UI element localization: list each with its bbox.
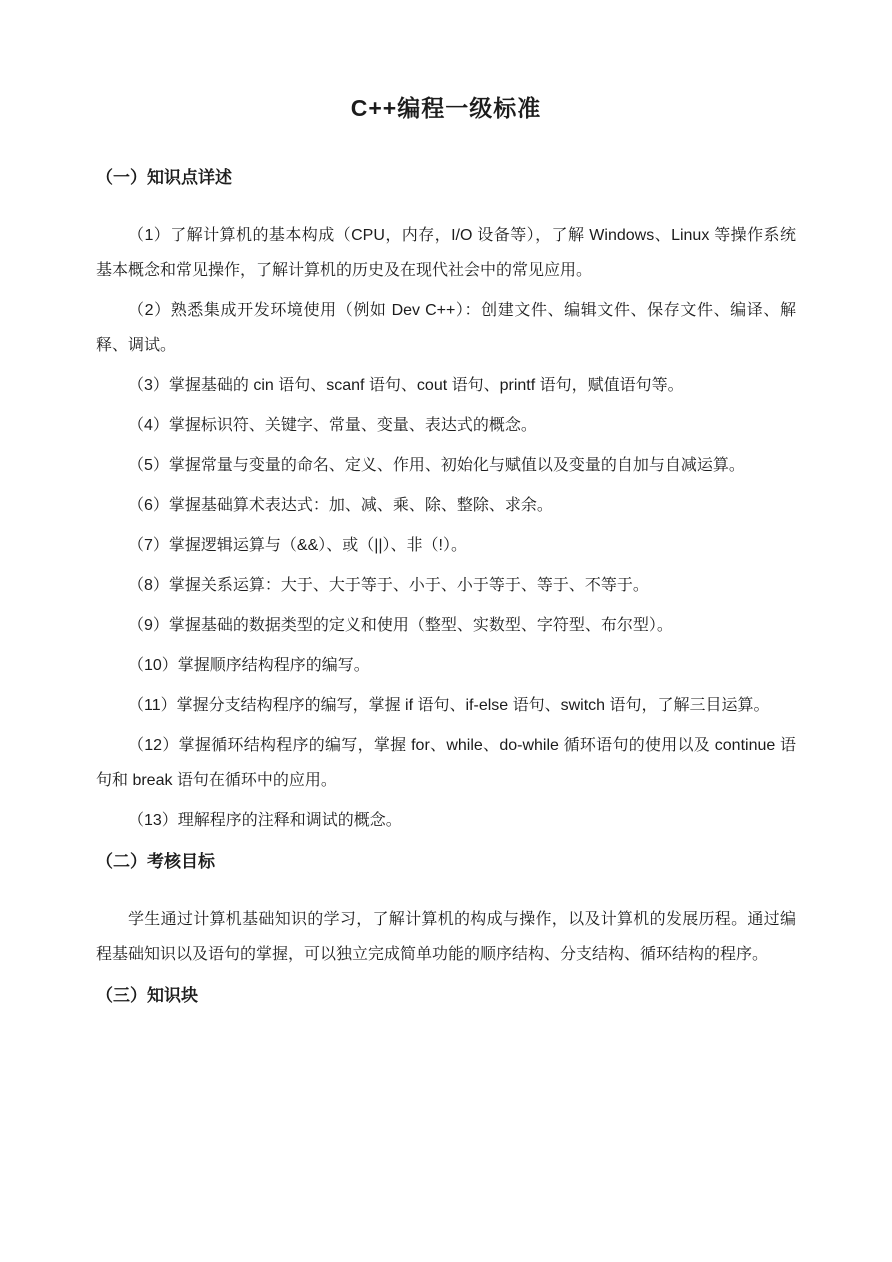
- paragraph: 学生通过计算机基础知识的学习，了解计算机的构成与操作，以及计算机的发展历程。通过…: [96, 902, 796, 972]
- paragraph: （11）掌握分支结构程序的编写，掌握 if 语句、if-else 语句、swit…: [96, 688, 796, 723]
- paragraph: （6）掌握基础算术表达式：加、减、乘、除、整除、求余。: [96, 488, 796, 523]
- paragraph: （1）了解计算机的基本构成（CPU，内存，I/O 设备等），了解 Windows…: [96, 218, 796, 288]
- paragraph: （7）掌握逻辑运算与（&&）、或（||）、非（!）。: [96, 528, 796, 563]
- document-sections: （一）知识点详述（1）了解计算机的基本构成（CPU，内存，I/O 设备等），了解…: [96, 166, 796, 1008]
- paragraph: （10）掌握顺序结构程序的编写。: [96, 648, 796, 683]
- paragraph: （4）掌握标识符、关键字、常量、变量、表达式的概念。: [96, 408, 796, 443]
- paragraph: （3）掌握基础的 cin 语句、scanf 语句、cout 语句、printf …: [96, 368, 796, 403]
- document-page: C++编程一级标准 （一）知识点详述（1）了解计算机的基本构成（CPU，内存，I…: [0, 0, 892, 1262]
- paragraph: （12）掌握循环结构程序的编写，掌握 for、while、do-while 循环…: [96, 728, 796, 798]
- paragraph: （2）熟悉集成开发环境使用（例如 Dev C++）：创建文件、编辑文件、保存文件…: [96, 293, 796, 363]
- paragraph: （13）理解程序的注释和调试的概念。: [96, 803, 796, 838]
- paragraph: （5）掌握常量与变量的命名、定义、作用、初始化与赋值以及变量的自加与自减运算。: [96, 448, 796, 483]
- section-heading: （一）知识点详述: [96, 166, 796, 190]
- paragraph: （9）掌握基础的数据类型的定义和使用（整型、实数型、字符型、布尔型）。: [96, 608, 796, 643]
- paragraph: （8）掌握关系运算：大于、大于等于、小于、小于等于、等于、不等于。: [96, 568, 796, 603]
- document-title: C++编程一级标准: [96, 92, 796, 124]
- section-heading: （三）知识块: [96, 984, 796, 1008]
- section-heading: （二）考核目标: [96, 850, 796, 874]
